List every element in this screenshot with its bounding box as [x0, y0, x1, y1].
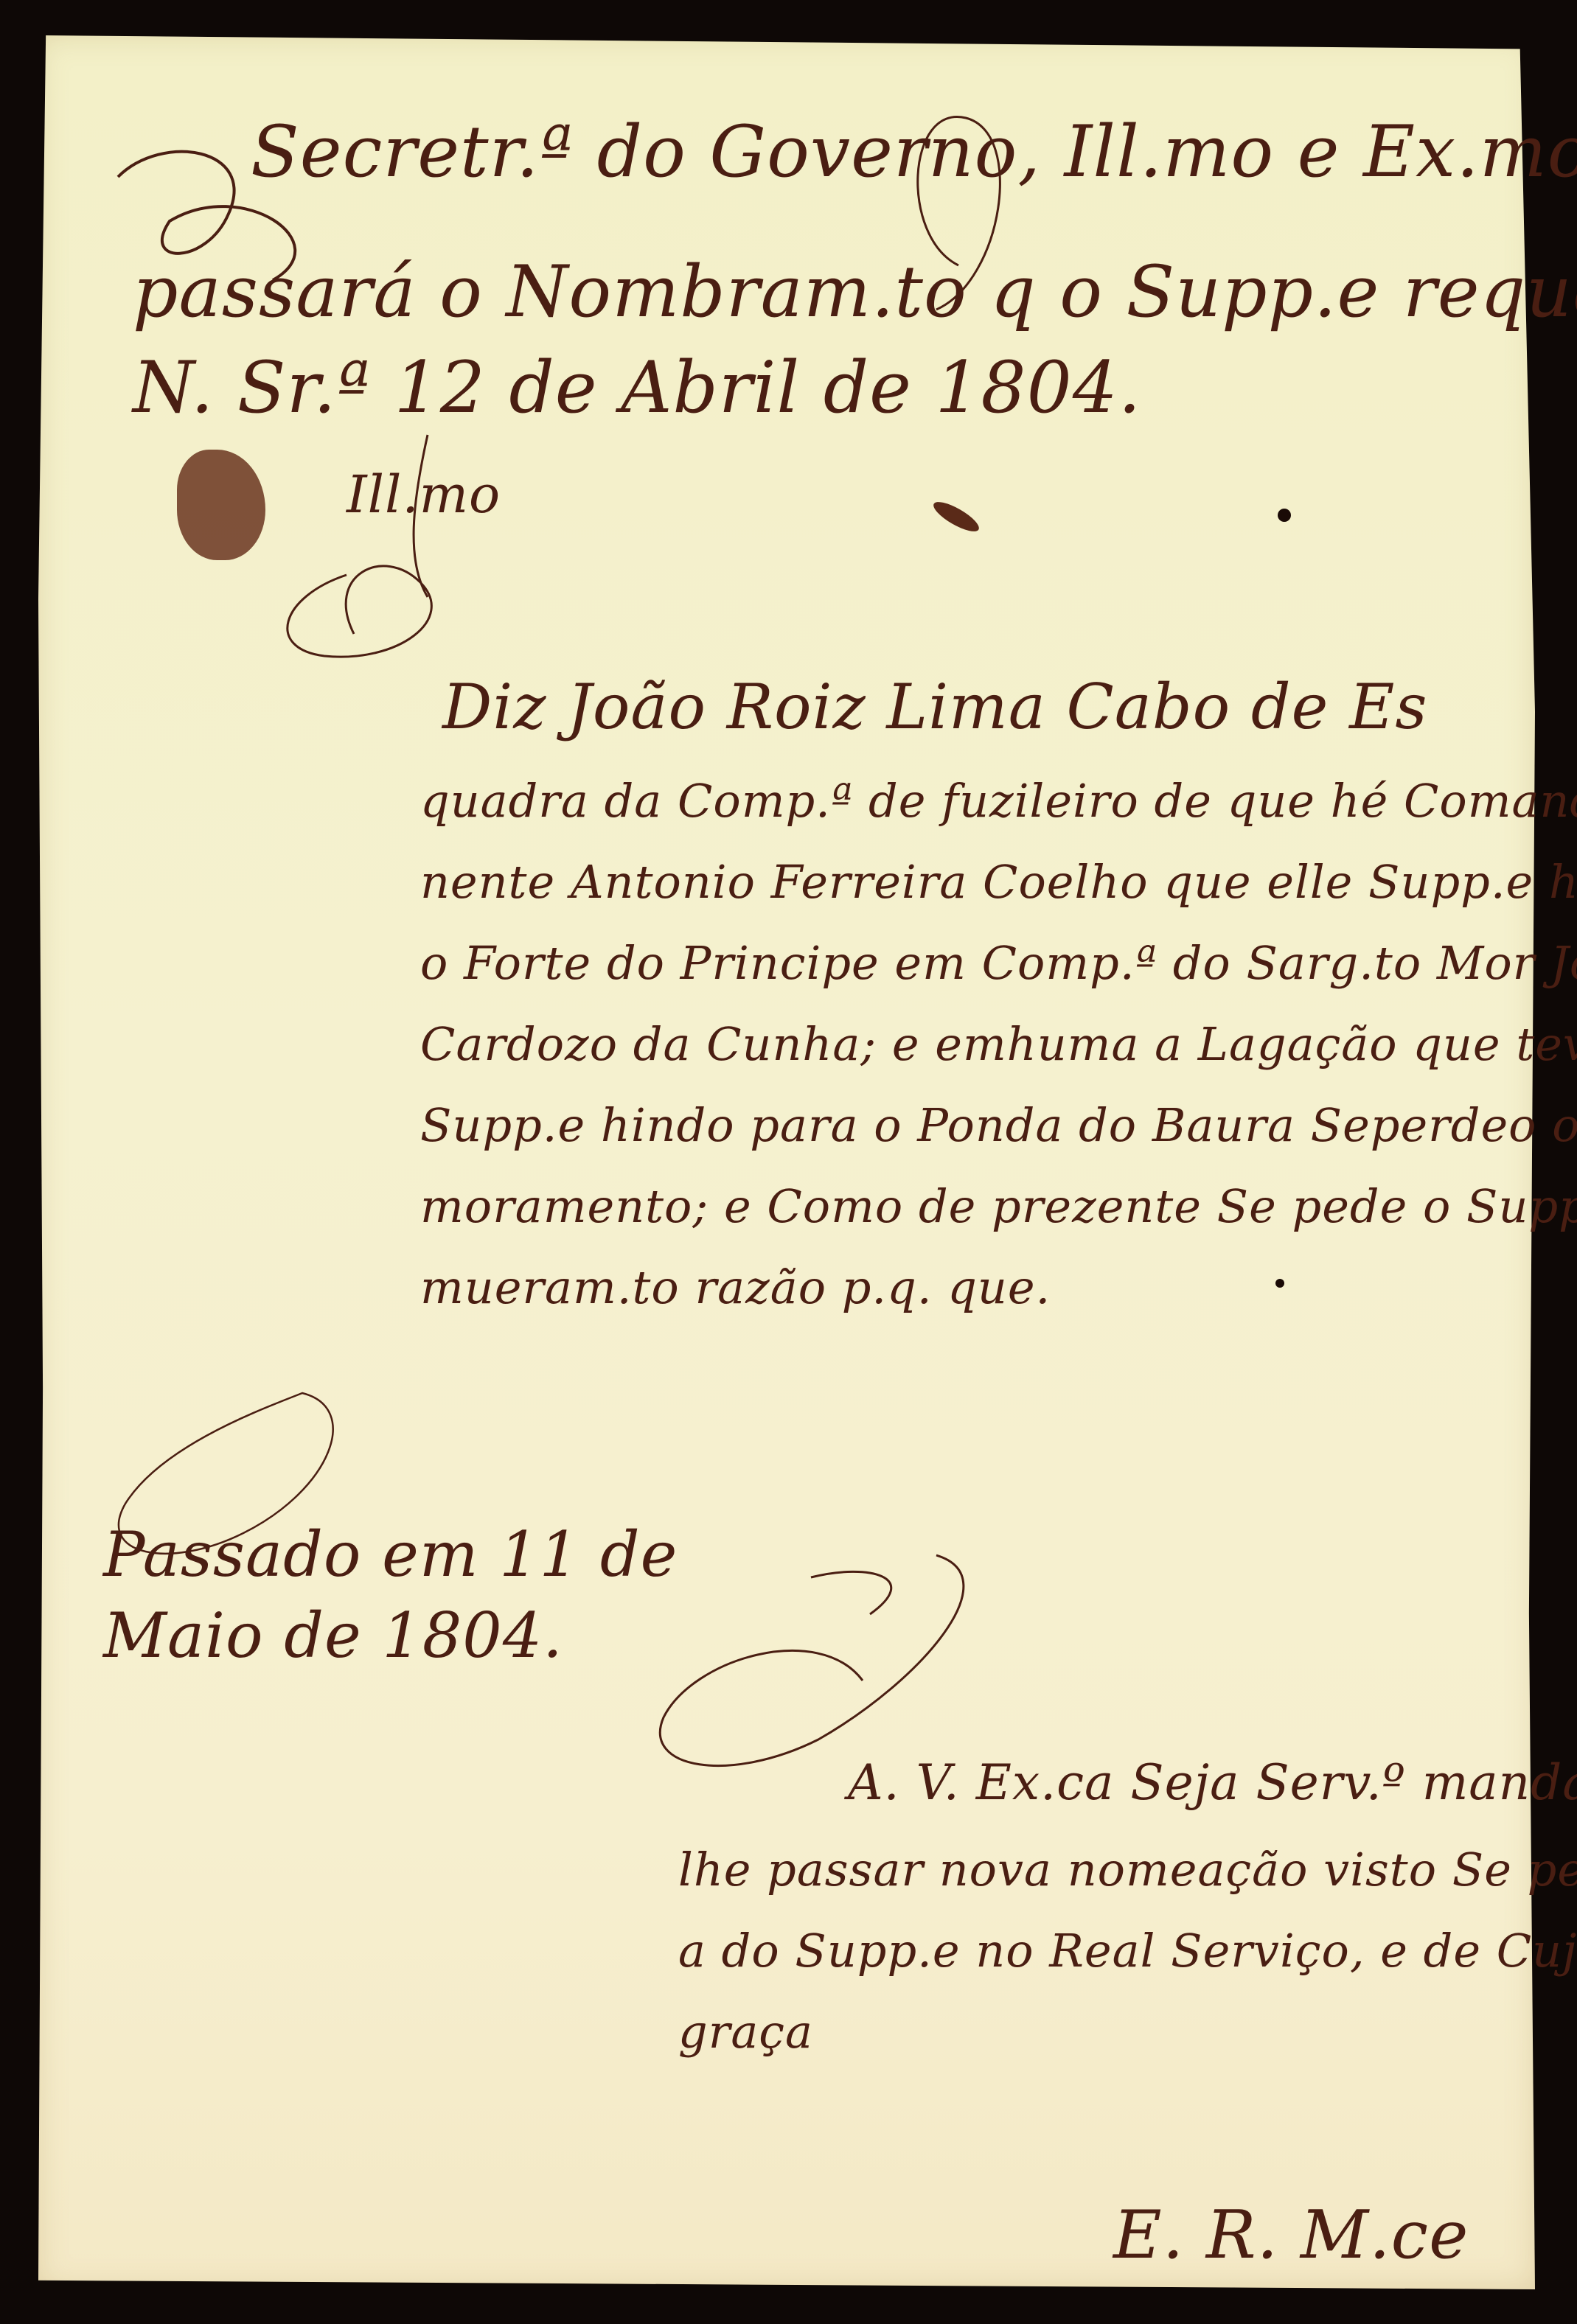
dispatch-line-1: Secretr.ª do Governo, Ill.mo e Ex.mo Snr… [251, 111, 1577, 193]
petition-line-6: Supp.e hindo para o Ponda do Baura Seper… [420, 1098, 1577, 1152]
request-line-2: lhe passar nova nomeação visto Se perder [678, 1843, 1577, 1896]
request-line-1: A. V. Ex.ca Seja Serv.º mandar [848, 1754, 1577, 1811]
petition-line-7: moramento; e Como de prezente Se pede o … [420, 1179, 1577, 1233]
salutation: Ill.mo [347, 464, 501, 525]
registry-line-1: Passado em 11 de [103, 1518, 678, 1591]
petition-line-4: o Forte do Principe em Comp.ª do Sarg.to… [420, 936, 1577, 990]
petition-line-8: mueram.to razão p.q. que. [420, 1260, 1051, 1314]
request-line-4: graça [678, 2005, 813, 2059]
petition-line-1: Diz João Roiz Lima Cabo de Es [442, 671, 1428, 743]
registry-line-2: Maio de 1804. [103, 1599, 563, 1672]
request-line-3: a do Supp.e no Real Serviço, e de Cuja [678, 1924, 1577, 1978]
closing-formula: E. R. M.ce [1113, 2196, 1469, 2274]
dispatch-line-2: passará o Nombram.to q o Supp.e requer. [133, 251, 1577, 333]
petition-line-5: Cardozo da Cunha; e emhuma a Lagação que… [420, 1017, 1577, 1071]
dispatch-line-3: N. Sr.ª 12 de Abril de 1804. [133, 346, 1141, 429]
petition-line-3: nente Antonio Ferreira Coelho que elle S… [420, 855, 1577, 909]
petition-line-2: quadra da Comp.ª de fuzileiro de que hé … [420, 774, 1577, 828]
ink-blot [1278, 509, 1291, 522]
ink-blot [1275, 1279, 1284, 1288]
